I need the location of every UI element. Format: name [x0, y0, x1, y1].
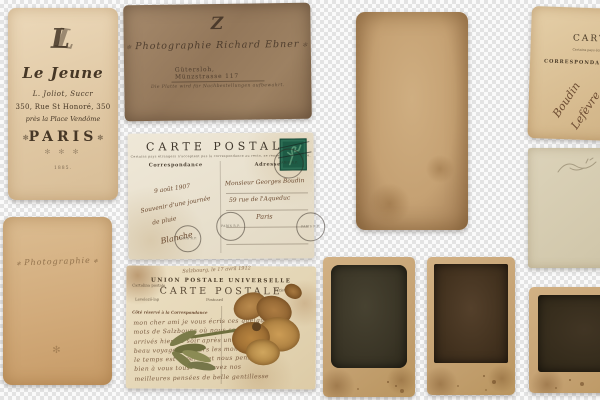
aged-paper-sheet	[356, 12, 468, 230]
handwriting-block: mon cher ami je vous écris ces quelques …	[133, 315, 310, 384]
photo-frame-card	[427, 257, 515, 395]
stain-specks	[387, 381, 389, 383]
handwriting-date: 9 août 1907	[154, 183, 191, 195]
city-name: PARIS	[8, 129, 118, 145]
plate-note: Die Platte wird für Nachbestellungen auf…	[124, 83, 311, 91]
card-aged-back: Photographie ✻	[3, 217, 112, 385]
flourish-icon	[556, 156, 600, 178]
card-cream-blank	[528, 148, 600, 268]
address-street: 59 rue de l'Aqueduc	[229, 194, 291, 204]
center-divider	[220, 161, 222, 253]
address-rule-line	[226, 209, 308, 211]
postmark-icon: PARIS R.P.	[216, 212, 245, 241]
card-correspondance: CARTE POSTALE Certains pays étrangers n'…	[527, 6, 600, 143]
language-label: Postcard	[206, 297, 223, 302]
photo-frame-card	[529, 287, 600, 393]
photo-dark-area	[538, 295, 600, 372]
studio-address: Gütersloh, Münzstrasse 117	[171, 65, 265, 82]
postmark-icon: PARIS R.P.	[296, 212, 325, 241]
year-label: 1885.	[8, 166, 118, 171]
stain-specks	[483, 375, 485, 377]
studio-name: Le Jeune	[8, 64, 118, 82]
language-label: Tarjeta postal	[274, 287, 300, 292]
handwriting-date: Salzbourg, le 17 avril 1912	[182, 265, 251, 274]
language-label: Levelező-lap	[135, 297, 159, 302]
street-address: 350, Rue St Honoré, 350	[8, 103, 118, 111]
handwriting-line: Souvenir d'une journée	[140, 195, 211, 215]
photo-dark-area	[434, 264, 508, 363]
stain-specks	[569, 379, 571, 381]
photographer-name: Photographie Richard Ebner	[124, 39, 311, 53]
handwriting-line: de pluie	[152, 215, 177, 226]
card-le-jeune: LL Le Jeune L. Joliot, Succr 350, Rue St…	[8, 8, 118, 200]
postcard-title: CARTE POSTALE	[573, 33, 600, 47]
location-note: près la Place Vendôme	[8, 115, 118, 123]
address-city: Paris	[256, 213, 273, 221]
flourish-ornament: ✻ ✻ ✻	[8, 148, 118, 156]
correspondence-header: Correspondance	[140, 162, 212, 169]
address-recipient: Monsieur Georges Boudin	[225, 177, 305, 187]
ornate-monogram-icon: LL	[8, 24, 118, 55]
address-rule-line	[226, 192, 308, 194]
card-carte-postale: CARTE POSTALE Certains pays étrangers n'…	[128, 132, 315, 259]
postmark-icon: PARIS R.P.	[174, 225, 201, 252]
address-rule-line	[226, 243, 308, 245]
postcard-subtitle: Certains pays étrangers n'acceptent pas …	[572, 47, 600, 54]
ornate-monogram-icon: Z	[123, 13, 310, 36]
card-cabinet-brown: Z Photographie Richard Ebner Gütersloh, …	[123, 3, 312, 122]
language-label: Cartolina postale	[132, 283, 165, 288]
successor-line: L. Joliot, Succr	[8, 90, 118, 98]
crest-flourish-icon: ✻	[3, 345, 112, 356]
faded-engraving: Photographie	[3, 255, 112, 268]
photo-dark-area	[331, 265, 407, 368]
photo-frame-card	[323, 257, 415, 397]
transparent-checkerboard-background: LL Le Jeune L. Joliot, Succr 350, Rue St…	[0, 0, 600, 400]
correspondence-note: Côté réservé à la Correspondance	[132, 310, 207, 315]
card-union-postale: Salzbourg, le 17 avril 1912 UNION POSTAL…	[126, 266, 317, 390]
correspondence-header: CORRESPONDANCE	[544, 58, 600, 66]
